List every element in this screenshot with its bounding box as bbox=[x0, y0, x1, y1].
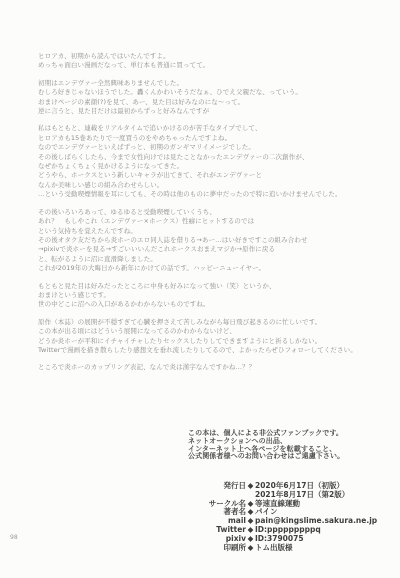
text-line: …という受動喫煙情報を耳にしても、その時は他のものに夢中だったので特に追いかけま… bbox=[38, 190, 383, 199]
text-line: Twitterで漫画を描き散らしたり感想文を垂れ流したりしてるので、よかったらぜ… bbox=[38, 346, 383, 355]
colophon-block: 発行日 ◆ 2020年6月17日（初版） ◆ 2021年8月17日（第2版） サ… bbox=[168, 482, 377, 552]
text-line: むしろ好きじゃないほうでした。轟くんかわいそうだなぁ、ひでえ父親だな、っていう。 bbox=[38, 88, 383, 97]
paragraph: その後いろいろあって、ゆるゆると受動喫煙していくうち、 あれ？ もしやこれ（エン… bbox=[38, 208, 383, 274]
text-line: もともと見た目は好みだったところに中身も好みになって強い（笑）というか、 bbox=[38, 282, 383, 291]
text-line: なんか美味しい感じの組み合わせらしい。 bbox=[38, 181, 383, 190]
paragraph: ところで炎ホーのカップリング表記、なんで炎は漢字なんですかね…？？ bbox=[38, 363, 383, 372]
text-line: 逆に言うと、見た目だけは最初からずっと好みなんですが bbox=[38, 107, 383, 116]
paragraph: 初期はエンデヴァー全然興味ありませんでした。 むしろ好きじゃないほうでした。轟く… bbox=[38, 79, 383, 117]
page-number: 98 bbox=[10, 534, 18, 541]
text-line: その後オタク友だちから炎ホーのエロ同人誌を借りる→あー…はい好きですこの組み合わ… bbox=[38, 236, 383, 245]
diamond-icon: ◆ bbox=[246, 544, 255, 553]
text-line: どうやら、ホークスという新しいキャラが出てきて、それがエンデヴァーと bbox=[38, 171, 383, 180]
text-line: その後しばらくしたら、今まで女性向けでは見たことなかったエンデヴァーの二次創作が… bbox=[38, 153, 383, 162]
colophon-value: トム出版様 bbox=[255, 544, 293, 553]
paragraph: ヒロアカ、初期から読んではいたんですよ。 めっちゃ面白い漫画だなって、単行本も普… bbox=[38, 52, 383, 71]
paragraph: もともと見た目は好みだったところに中身も好みになって強い（笑）というか、 おまけ… bbox=[38, 282, 383, 310]
text-line: ヒロアカ、初期から読んではいたんですよ。 bbox=[38, 52, 383, 61]
text-line: これが2019年の大晦日から新年にかけての話です。ハッピーニューイヤー。 bbox=[38, 264, 383, 273]
text-line: その後いろいろあって、ゆるゆると受動喫煙していくうち、 bbox=[38, 208, 383, 217]
text-line: と、転がるように沼に直滑降しました。 bbox=[38, 255, 383, 264]
diamond-icon: ◆ bbox=[246, 482, 255, 491]
text-line: 原作（本誌）の展開が不穏すぎて心臓を押さえて苦しみながら毎日飛び起きるのに忙しい… bbox=[38, 318, 383, 327]
paragraph: 私はもともと、連載をリアルタイムで追いかけるのが苦手なタイプでして、 ヒロアカも… bbox=[38, 124, 383, 199]
doujinshi-afterword-page: ヒロアカ、初期から読んではいたんですよ。 めっちゃ面白い漫画だなって、単行本も普… bbox=[0, 0, 400, 578]
text-line: 私はもともと、連載をリアルタイムで追いかけるのが苦手なタイプでして、 bbox=[38, 124, 383, 133]
text-line: なのでエンデヴァーといえばずっと、初期のガンギマリイメージでした。 bbox=[38, 143, 383, 152]
text-line: 初期はエンデヴァー全然興味ありませんでした。 bbox=[38, 79, 383, 88]
text-line: おまけページの素顔(?)を見て、あー、見た目は好みなのにな〜って。 bbox=[38, 98, 383, 107]
colophon-label: 印刷所 bbox=[168, 544, 246, 553]
paragraph: 原作（本誌）の展開が不穏すぎて心臓を押さえて苦しみながら毎日飛び起きるのに忙しい… bbox=[38, 318, 383, 356]
colophon-row-printer: 印刷所 ◆ トム出版様 bbox=[168, 544, 377, 553]
afterword-text-block: ヒロアカ、初期から読んではいたんですよ。 めっちゃ面白い漫画だなって、単行本も普… bbox=[38, 52, 383, 381]
text-line: →pixivで炎ホーを見る→すごいいいんだこれホークスおまえマジか→原作に戻る bbox=[38, 245, 383, 254]
text-line: という気持ちを覚えたんですね。 bbox=[38, 227, 383, 236]
disclaimer-line: 公式関係者様へのお問い合わせはご遠慮下さい。 bbox=[188, 453, 344, 461]
text-line: おまけという感じです。 bbox=[38, 291, 383, 300]
text-line: 世の中どこに沼への入口があるかわからないものですね。 bbox=[38, 300, 383, 309]
text-line: ところで炎ホーのカップリング表記、なんで炎は漢字なんですかね…？？ bbox=[38, 363, 383, 372]
text-line: どうか炎ホーが平和にイチャイチャしたりセックスしたりしてできますようにと祈るしか… bbox=[38, 337, 383, 346]
text-line: ヒロアカも15巻あたりで一度買うのをやめちゃったんですよね。 bbox=[38, 134, 383, 143]
text-line: めっちゃ面白い漫画だなって、単行本も普通に買ってて。 bbox=[38, 61, 383, 70]
text-line: この本が出る頃にはどういう展開になってるのかわからないけど、 bbox=[38, 327, 383, 336]
text-line: あれ？ もしやこれ（エンデヴァー×ホークス）性癖にヒットするのでは bbox=[38, 217, 383, 226]
colophon-label: 発行日 bbox=[168, 482, 246, 491]
unofficial-fanbook-disclaimer: この本は、個人による非公式ファンブックです。 ネットオークションへの出品、 イン… bbox=[188, 430, 344, 461]
